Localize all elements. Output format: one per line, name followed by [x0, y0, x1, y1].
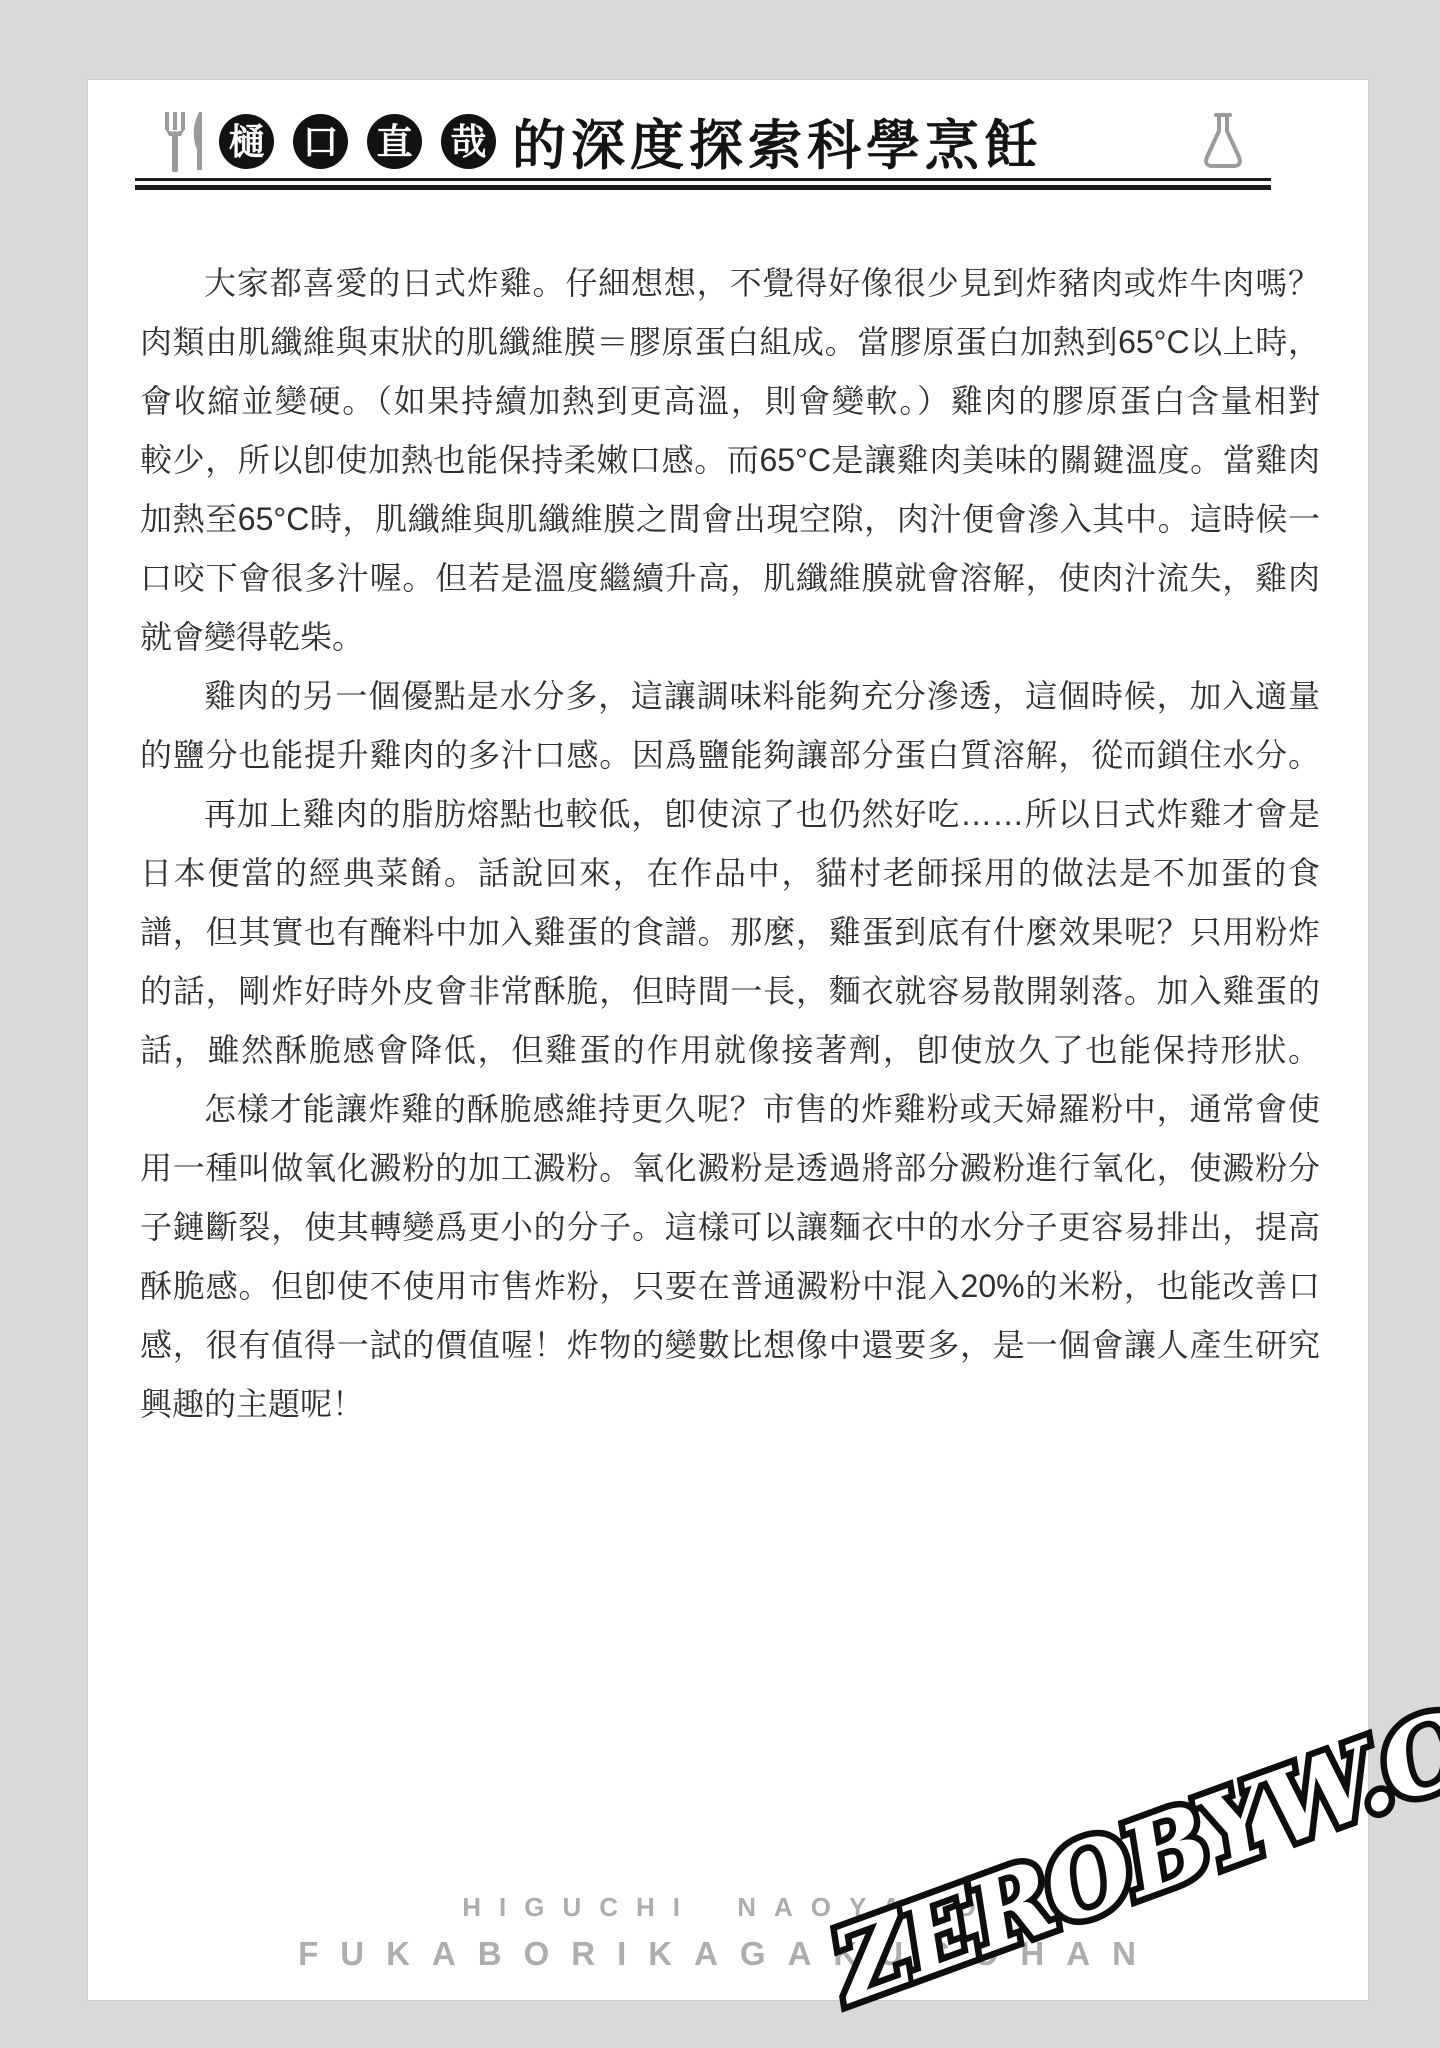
text-line: 肉類由肌纖維與束狀的肌纖維膜＝膠原蛋白組成。當膠原蛋白加熱到65°C以上時， — [140, 313, 1320, 372]
text-line: 較少，所以卽使加熱也能保持柔嫩口感。而65°C是讓雞肉美味的關鍵溫度。當雞肉 — [140, 431, 1320, 490]
page-footer: HIGUCHI NAOYANO FUKABORIKAGAKUGOHAN — [88, 1892, 1368, 1973]
flask-icon — [1198, 111, 1248, 171]
text-line: 再加上雞肉的脂肪熔點也較低，卽使涼了也仍然好吃……所以日式炸雞才會是 — [140, 785, 1320, 844]
article-body: 大家都喜愛的日式炸雞。仔細想想，不覺得好像很少見到炸豬肉或炸牛肉嗎？肉類由肌纖維… — [140, 254, 1320, 1434]
author-name-circles: 樋 口 直 哉 — [219, 114, 496, 169]
author-circle-4: 哉 — [441, 114, 496, 169]
text-line: 譜，但其實也有醃料中加入雞蛋的食譜。那麼，雞蛋到底有什麼效果呢？只用粉炸 — [140, 903, 1320, 962]
author-circle-3: 直 — [367, 114, 422, 169]
text-line: 怎樣才能讓炸雞的酥脆感維持更久呢？市售的炸雞粉或天婦羅粉中，通常會使 — [140, 1080, 1320, 1139]
author-circle-2: 口 — [293, 114, 348, 169]
text-line: 子鏈斷裂，使其轉變爲更小的分子。這樣可以讓麵衣中的水分子更容易排出，提高 — [140, 1198, 1320, 1257]
author-circle-1: 樋 — [219, 114, 274, 169]
text-line: 興趣的主題呢！ — [140, 1375, 1320, 1434]
text-line: 感，很有值得一試的價值喔！炸物的變數比想像中還要多，是一個會讓人產生研究 — [140, 1316, 1320, 1375]
fork-knife-icon — [161, 110, 205, 172]
text-line: 話，雖然酥脆感會降低，但雞蛋的作用就像接著劑，卽使放久了也能保持形狀。 — [140, 1021, 1320, 1080]
book-page: 樋 口 直 哉 的深度探索科學烹飪 大家都喜愛的日式炸雞。仔細想想，不覺得好像很… — [88, 80, 1368, 2000]
text-line: 雞肉的另一個優點是水分多，這讓調味料能夠充分滲透，這個時候，加入適量 — [140, 667, 1320, 726]
text-line: 口咬下會很多汁喔。但若是溫度繼續升高，肌纖維膜就會溶解，使肉汁流失，雞肉 — [140, 549, 1320, 608]
footer-romaji-line2: FUKABORIKAGAKUGOHAN — [88, 1935, 1368, 1973]
text-line: 的鹽分也能提升雞肉的多汁口感。因爲鹽能夠讓部分蛋白質溶解，從而鎖住水分。 — [140, 726, 1320, 785]
text-line: 就會變得乾柴。 — [140, 608, 1320, 667]
text-line: 會收縮並變硬。（如果持續加熱到更高溫，則會變軟。）雞肉的膠原蛋白含量相對 — [140, 372, 1320, 431]
text-line: 用一種叫做氧化澱粉的加工澱粉。氧化澱粉是透過將部分澱粉進行氧化，使澱粉分 — [140, 1139, 1320, 1198]
text-line: 大家都喜愛的日式炸雞。仔細想想，不覺得好像很少見到炸豬肉或炸牛肉嗎？ — [140, 254, 1320, 313]
page-title: 的深度探索科學烹飪 — [512, 103, 1043, 180]
footer-romaji-line1: HIGUCHI NAOYANO — [88, 1892, 1368, 1923]
text-line: 酥脆感。但卽使不使用市售炸粉，只要在普通澱粉中混入20%的米粉，也能改善口 — [140, 1257, 1320, 1316]
header-divider — [135, 178, 1271, 190]
text-line: 的話，剛炸好時外皮會非常酥脆，但時間一長，麵衣就容易散開剝落。加入雞蛋的 — [140, 962, 1320, 1021]
text-line: 加熱至65°C時，肌纖維與肌纖維膜之間會出現空隙，肉汁便會滲入其中。這時候一 — [140, 490, 1320, 549]
text-line: 日本便當的經典菜餚。話說回來，在作品中，貓村老師採用的做法是不加蛋的食 — [140, 844, 1320, 903]
page-header: 樋 口 直 哉 的深度探索科學烹飪 — [161, 110, 1368, 172]
